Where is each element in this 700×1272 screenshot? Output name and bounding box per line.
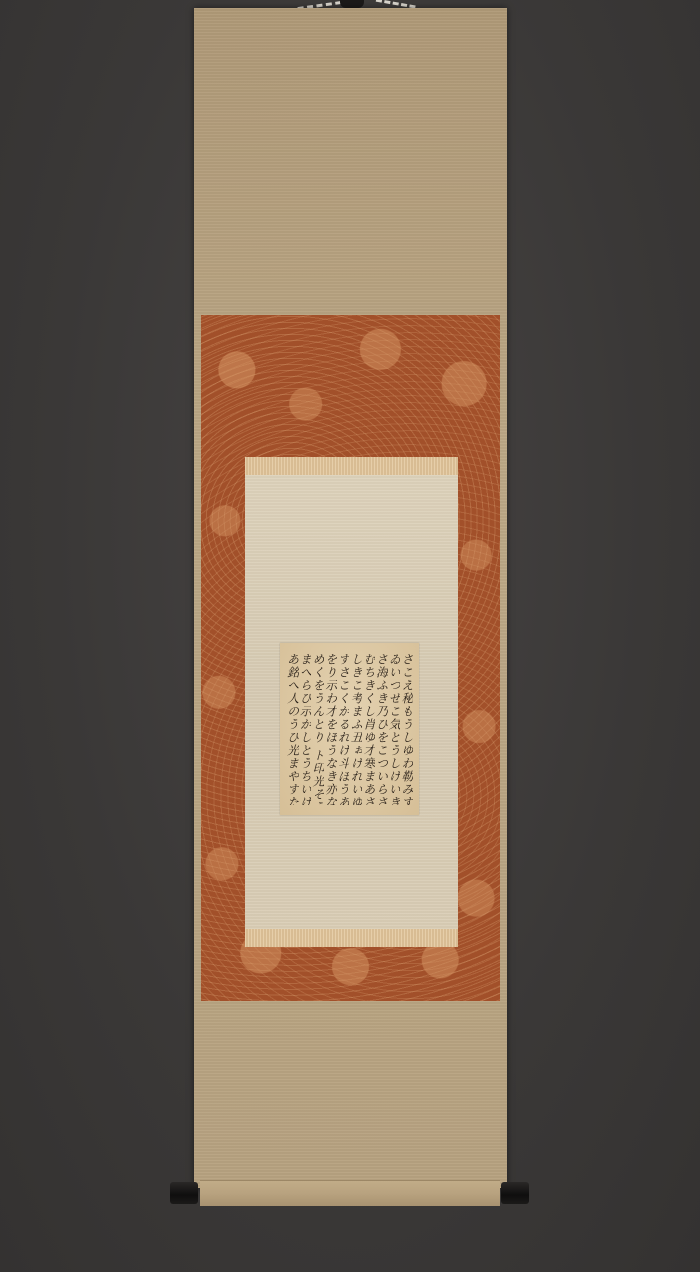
calligraphy-column: すさこくかるれけ斗ぽうあいを — [337, 653, 350, 805]
calligraphy-column: さこえ秘もうしゆわ勒みすーく — [400, 653, 413, 805]
ichimonji-top-band — [245, 457, 458, 475]
calligraphy-column: ゐいつせこ気とうしけいきこう — [388, 653, 401, 805]
roller-end-knob-right — [501, 1182, 529, 1204]
calligraphy-column: あ銘へ人のうひ光まやすたつ四 — [286, 653, 299, 805]
calligraphy-sheet: さこえ秘もうしゆわ勒みすーく ゐいつせこ気とうしけいきこう さ海ふき乃ひをこつい… — [280, 643, 419, 815]
hanger-knot — [340, 0, 364, 8]
roller-body — [200, 1180, 500, 1206]
inner-silk-panel: さこえ秘もうしゆわ勒みすーく ゐいつせこ気とうしけいきこう さ海ふき乃ひをこつい… — [245, 457, 458, 947]
calligraphy-column: めくをうんとり ト印光そうへかこ — [311, 653, 324, 805]
roller-end-knob-left — [170, 1182, 198, 1204]
brocade-border: さこえ秘もうしゆわ勒みすーく ゐいつせこ気とうしけいきこう さ海ふき乃ひをこつい… — [201, 315, 500, 1001]
calligraphy-column: まへらひ示かしとうちいけて行 — [299, 653, 312, 805]
calligraphy-column: さ海ふき乃ひをこついらさはりとみ後 — [375, 653, 388, 805]
hanging-scroll: さこえ秘もうしゆわ勒みすーく ゐいつせこ気とうしけいきこう さ海ふき乃ひをこつい… — [194, 8, 507, 1188]
scroll-roller — [150, 1180, 550, 1205]
calligraphy-column: をり示わ才をほうなき亦なかれ — [324, 653, 337, 805]
calligraphy-column: しきこ考まふ丑ぉけれいゆろ亦 — [349, 653, 362, 805]
calligraphy-column: むちきくし肖ゆ才寒まあさ — [362, 653, 375, 805]
ichimonji-bottom-band — [245, 929, 458, 947]
